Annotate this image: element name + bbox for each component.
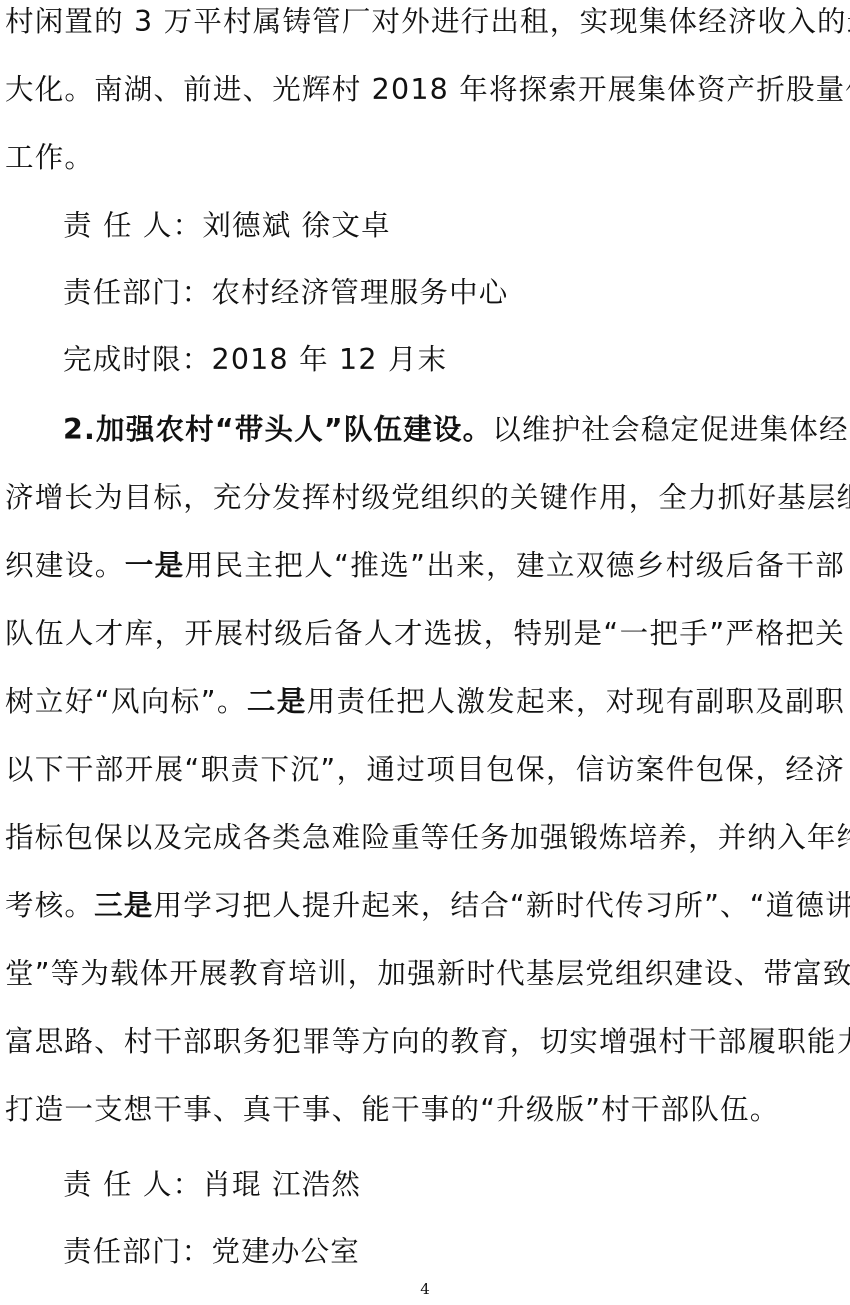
paragraph-line: 村闲置的 3 万平村属铸管厂对外进行出租，实现集体经济收入的最: [5, 2, 845, 42]
paragraph-text: 树立好“风向标”。: [5, 685, 247, 718]
paragraph-text: 以维护社会稳定促进集体经: [492, 413, 848, 446]
paragraph-line: 树立好“风向标”。二是用责任把人激发起来，对现有副职及副职: [5, 682, 845, 722]
paragraph-line: 工作。: [5, 138, 94, 178]
paragraph-line: 队伍人才库，开展村级后备人才选拔，特别是“一把手”严格把关: [5, 614, 845, 654]
responsible-department: 责任部门：党建办公室: [63, 1232, 360, 1272]
paragraph-text: 用责任把人激发起来，对现有副职及副职: [307, 685, 845, 718]
paragraph-line: 考核。三是用学习把人提升起来，结合“新时代传习所”、“道德讲: [5, 886, 845, 926]
paragraph-line: 济增长为目标，充分发挥村级党组织的关键作用，全力抓好基层组: [5, 478, 845, 518]
paragraph-line: 富思路、村干部职务犯罪等方向的教育，切实增强村干部履职能力，: [5, 1022, 845, 1062]
paragraph-text: 织建设。: [5, 549, 125, 582]
responsible-department: 责任部门：农村经济管理服务中心: [63, 273, 509, 313]
emphasis-second: 二是: [247, 685, 307, 718]
section-heading: 2.加强农村“带头人”队伍建设。: [63, 413, 492, 446]
paragraph-line: 以下干部开展“职责下沉”，通过项目包保，信访案件包保，经济: [5, 750, 845, 790]
paragraph-line: 织建设。一是用民主把人“推选”出来，建立双德乡村级后备干部: [5, 546, 845, 586]
section-heading-line: 2.加强农村“带头人”队伍建设。以维护社会稳定促进集体经: [63, 410, 845, 450]
paragraph-text: 考核。: [5, 889, 94, 922]
deadline: 完成时限：2018 年 12 月末: [63, 340, 447, 380]
paragraph-line: 打造一支想干事、真干事、能干事的“升级版”村干部队伍。: [5, 1090, 779, 1130]
responsible-person: 责 任 人：刘德斌 徐文卓: [63, 206, 391, 246]
paragraph-text: 用学习把人提升起来，结合“新时代传习所”、“道德讲: [154, 889, 850, 922]
paragraph-line: 堂”等为载体开展教育培训，加强新时代基层党组织建设、带富致: [5, 954, 845, 994]
paragraph-line: 指标包保以及完成各类急难险重等任务加强锻炼培养，并纳入年终: [5, 818, 845, 858]
page-number: 4: [0, 1280, 850, 1298]
paragraph-text: 用民主把人“推选”出来，建立双德乡村级后备干部: [185, 549, 845, 582]
paragraph-line: 大化。南湖、前进、光辉村 2018 年将探索开展集体资产折股量化: [5, 70, 845, 110]
emphasis-third: 三是: [94, 889, 153, 922]
responsible-person: 责 任 人：肖琨 江浩然: [63, 1165, 361, 1205]
emphasis-first: 一是: [125, 549, 185, 582]
